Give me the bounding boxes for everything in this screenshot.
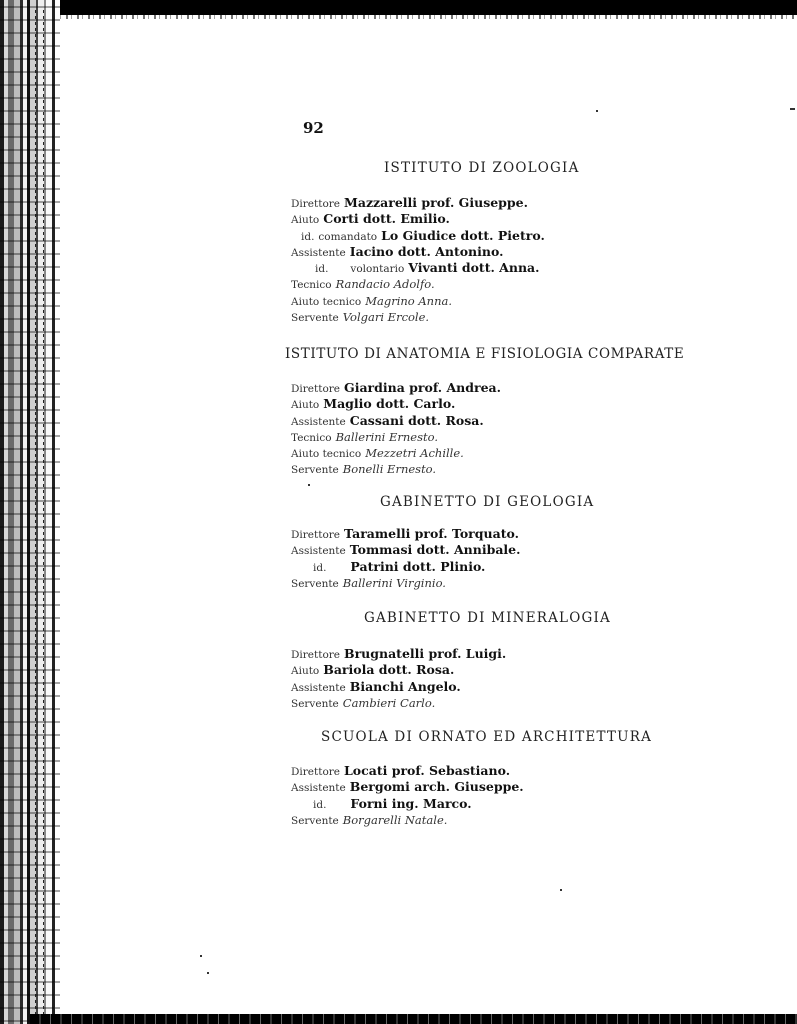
staff-name: Patrini dott. Plinio. [350, 559, 485, 574]
staff-name: Bianchi Angelo. [350, 679, 461, 694]
staff-role: id. [313, 799, 326, 811]
staff-entry: AssistenteTommasi dott. Annibale. [291, 542, 521, 558]
staff-role: Aiuto tecnico [291, 296, 361, 308]
page-number: 92 [303, 119, 324, 137]
binding-line [35, 10, 36, 1015]
staff-entry: AssistenteBianchi Angelo. [291, 679, 506, 695]
staff-entry: ServenteVolgari Ercole. [291, 309, 545, 325]
staff-name: Borgarelli Natale. [343, 813, 448, 827]
staff-entry: AssistenteBergomi arch. Giuseppe. [291, 779, 524, 795]
staff-name: Mazzarelli prof. Giuseppe. [344, 195, 528, 210]
section-entries-zoologia: DirettoreMazzarelli prof. Giuseppe. Aiut… [291, 195, 545, 325]
staff-entry: ServenteCambieri Carlo. [291, 695, 506, 711]
staff-role: Servente [291, 312, 339, 324]
staff-entry: id.volontarioVivanti dott. Anna. [291, 260, 545, 276]
staff-entry: ServenteBallerini Virginio. [291, 575, 521, 591]
staff-name: Bariola dott. Rosa. [323, 662, 454, 677]
staff-name: Bonelli Ernesto. [343, 462, 436, 476]
staff-name: Corti dott. Emilio. [323, 211, 450, 226]
staff-role: Servente [291, 578, 339, 590]
staff-name: Randacio Adolfo. [336, 277, 435, 291]
staff-role: Direttore [291, 766, 340, 778]
section-title-geologia: GABINETTO DI GEOLOGIA [380, 494, 594, 510]
staff-role: Assistente [291, 247, 346, 259]
staff-entry: AiutoMaglio dott. Carlo. [291, 396, 501, 412]
section-entries-architettura: DirettoreLocati prof. Sebastiano. Assist… [291, 763, 524, 828]
scan-speck [790, 108, 795, 110]
staff-entry: AssistenteCassani dott. Rosa. [291, 413, 501, 429]
book-binding-edge [0, 0, 60, 1024]
staff-role: Assistente [291, 545, 346, 557]
staff-entry: DirettoreBrugnatelli prof. Luigi. [291, 646, 506, 662]
staff-entry: id.Forni ing. Marco. [291, 796, 524, 812]
staff-role: Aiuto [291, 399, 319, 411]
staff-entry: DirettoreMazzarelli prof. Giuseppe. [291, 195, 545, 211]
scan-speck [596, 110, 598, 112]
staff-name: Ballerini Ernesto. [336, 430, 438, 444]
staff-entry: id.Patrini dott. Plinio. [291, 559, 521, 575]
staff-entry: AssistenteIacino dott. Antonino. [291, 244, 545, 260]
staff-entry: ServenteBonelli Ernesto. [291, 461, 501, 477]
staff-entry: DirettoreTaramelli prof. Torquato. [291, 526, 521, 542]
section-entries-geologia: DirettoreTaramelli prof. Torquato. Assis… [291, 526, 521, 591]
staff-entry: AiutoBariola dott. Rosa. [291, 662, 506, 678]
staff-name: Cassani dott. Rosa. [350, 413, 484, 428]
staff-role: Assistente [291, 782, 346, 794]
binding-line [54, 10, 55, 1015]
staff-name: Mezzetri Achille. [365, 446, 464, 460]
staff-entry: Aiuto tecnicoMezzetri Achille. [291, 445, 501, 461]
staff-name: Magrino Anna. [365, 294, 452, 308]
staff-name: Giardina prof. Andrea. [344, 380, 501, 395]
scan-speck [308, 484, 310, 486]
staff-role: Aiuto tecnico [291, 448, 361, 460]
staff-qualifier: volontario [350, 263, 404, 275]
staff-name: Forni ing. Marco. [350, 796, 471, 811]
section-title-architettura: SCUOLA DI ORNATO ED ARCHITETTURA [321, 729, 652, 745]
staff-role: Direttore [291, 198, 340, 210]
section-title-zoologia: ISTITUTO DI ZOOLOGIA [384, 160, 580, 176]
staff-role: Aiuto [291, 665, 319, 677]
section-entries-anatomia: DirettoreGiardina prof. Andrea. AiutoMag… [291, 380, 501, 478]
staff-entry: ServenteBorgarelli Natale. [291, 812, 524, 828]
staff-name: Bergomi arch. Giuseppe. [350, 779, 524, 794]
staff-name: Volgari Ercole. [343, 310, 429, 324]
staff-role: Tecnico [291, 279, 332, 291]
staff-role: Direttore [291, 649, 340, 661]
staff-role: id. [301, 231, 314, 243]
staff-entry: TecnicoRandacio Adolfo. [291, 276, 545, 292]
binding-line [43, 10, 44, 1015]
section-title-anatomia: ISTITUTO DI ANATOMIA E FISIOLOGIA COMPAR… [285, 346, 684, 362]
staff-role: Assistente [291, 416, 346, 428]
staff-role: Servente [291, 464, 339, 476]
staff-role: Aiuto [291, 214, 319, 226]
scan-speck [207, 972, 209, 974]
staff-entry: id.comandatoLo Giudice dott. Pietro. [291, 228, 545, 244]
staff-role: id. [315, 263, 328, 275]
scan-top-edge [0, 0, 797, 15]
staff-name: Locati prof. Sebastiano. [344, 763, 510, 778]
staff-entry: Aiuto tecnicoMagrino Anna. [291, 293, 545, 309]
staff-role: Assistente [291, 682, 346, 694]
section-title-mineralogia: GABINETTO DI MINERALOGIA [364, 610, 611, 626]
staff-name: Brugnatelli prof. Luigi. [344, 646, 506, 661]
scan-bottom-edge [30, 1014, 797, 1024]
staff-role: id. [313, 562, 326, 574]
staff-role: Tecnico [291, 432, 332, 444]
staff-name: Maglio dott. Carlo. [323, 396, 455, 411]
staff-name: Vivanti dott. Anna. [408, 260, 539, 275]
staff-role: Direttore [291, 383, 340, 395]
staff-qualifier: comandato [318, 231, 377, 243]
staff-name: Tommasi dott. Annibale. [350, 542, 521, 557]
staff-role: Direttore [291, 529, 340, 541]
staff-entry: DirettoreLocati prof. Sebastiano. [291, 763, 524, 779]
staff-name: Ballerini Virginio. [343, 576, 446, 590]
scan-speck [200, 955, 202, 957]
section-entries-mineralogia: DirettoreBrugnatelli prof. Luigi. AiutoB… [291, 646, 506, 711]
staff-entry: AiutoCorti dott. Emilio. [291, 211, 545, 227]
staff-entry: DirettoreGiardina prof. Andrea. [291, 380, 501, 396]
staff-role: Servente [291, 698, 339, 710]
staff-entry: TecnicoBallerini Ernesto. [291, 429, 501, 445]
scan-speck [560, 889, 562, 891]
staff-name: Cambieri Carlo. [343, 696, 435, 710]
staff-name: Taramelli prof. Torquato. [344, 526, 519, 541]
staff-name: Iacino dott. Antonino. [350, 244, 504, 259]
staff-role: Servente [291, 815, 339, 827]
staff-name: Lo Giudice dott. Pietro. [381, 228, 545, 243]
